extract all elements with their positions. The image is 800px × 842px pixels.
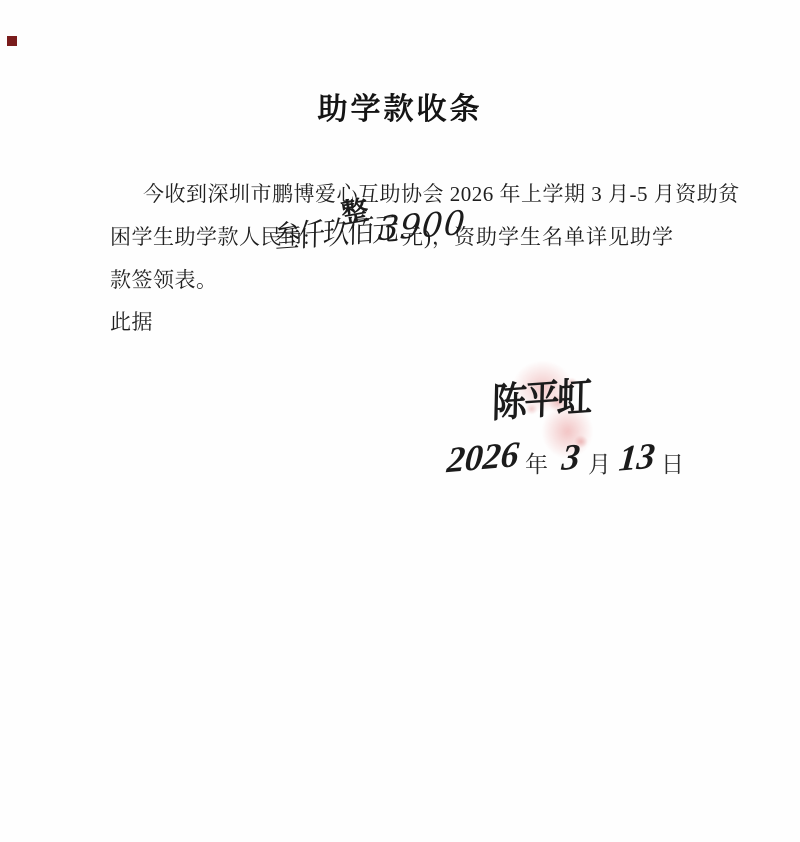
handwritten-amount-digits: 3900 bbox=[377, 203, 468, 248]
date-month-label: 月 bbox=[588, 436, 611, 479]
receipt-title: 助学款收条 bbox=[0, 84, 800, 128]
date-year: 2026 bbox=[445, 433, 521, 483]
receipt-document: 助学款收条 今收到深圳市鹏博爱心互助协会 2026 年上学期 3 月-5 月资助… bbox=[0, 0, 800, 842]
date-day-label: 日 bbox=[661, 436, 684, 479]
date-line: 2026 年 3 月 13 日 bbox=[447, 436, 684, 479]
handwritten-signature: 陈平虹 bbox=[491, 365, 590, 429]
date-year-label: 年 bbox=[525, 436, 548, 479]
body-line-1: 今收到深圳市鹏博爱心互助协会 2026 年上学期 3 月-5 月资助贫 bbox=[143, 178, 740, 208]
date-month: 3 bbox=[560, 435, 582, 480]
closing-line: 此据 bbox=[110, 306, 153, 336]
corner-mark bbox=[7, 36, 17, 46]
body-line-3: 款签领表。 bbox=[110, 264, 218, 294]
date-day: 13 bbox=[617, 434, 657, 481]
